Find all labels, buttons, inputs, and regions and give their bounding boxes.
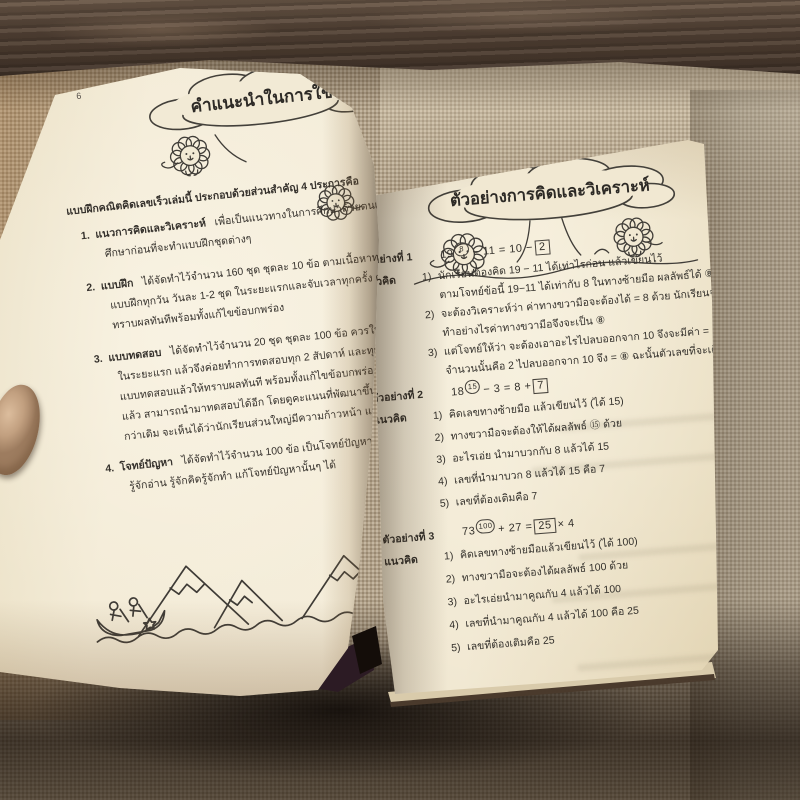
equation: 1815− 3 = 8 +7 [450,374,550,401]
circled-answer: 100 [476,519,496,534]
equation: 73100+ 27 =25× 4 [461,512,575,540]
boxed-answer: 7 [533,378,549,394]
tree-trunk [215,132,246,165]
snow-line [170,582,205,595]
boxed-answer: 2 [534,239,550,255]
circled-answer: 8 [454,242,470,257]
circled-answer: 15 [465,379,481,394]
boxed-answer: 25 [534,518,556,535]
lion-icon [159,135,212,179]
step-line: 5)เลขที่ต้องเติมคือ 25 [451,631,556,656]
step-line: 5)เลขที่ต้องเติมคือ 7 [439,487,538,512]
page-number: 6 [76,91,82,101]
